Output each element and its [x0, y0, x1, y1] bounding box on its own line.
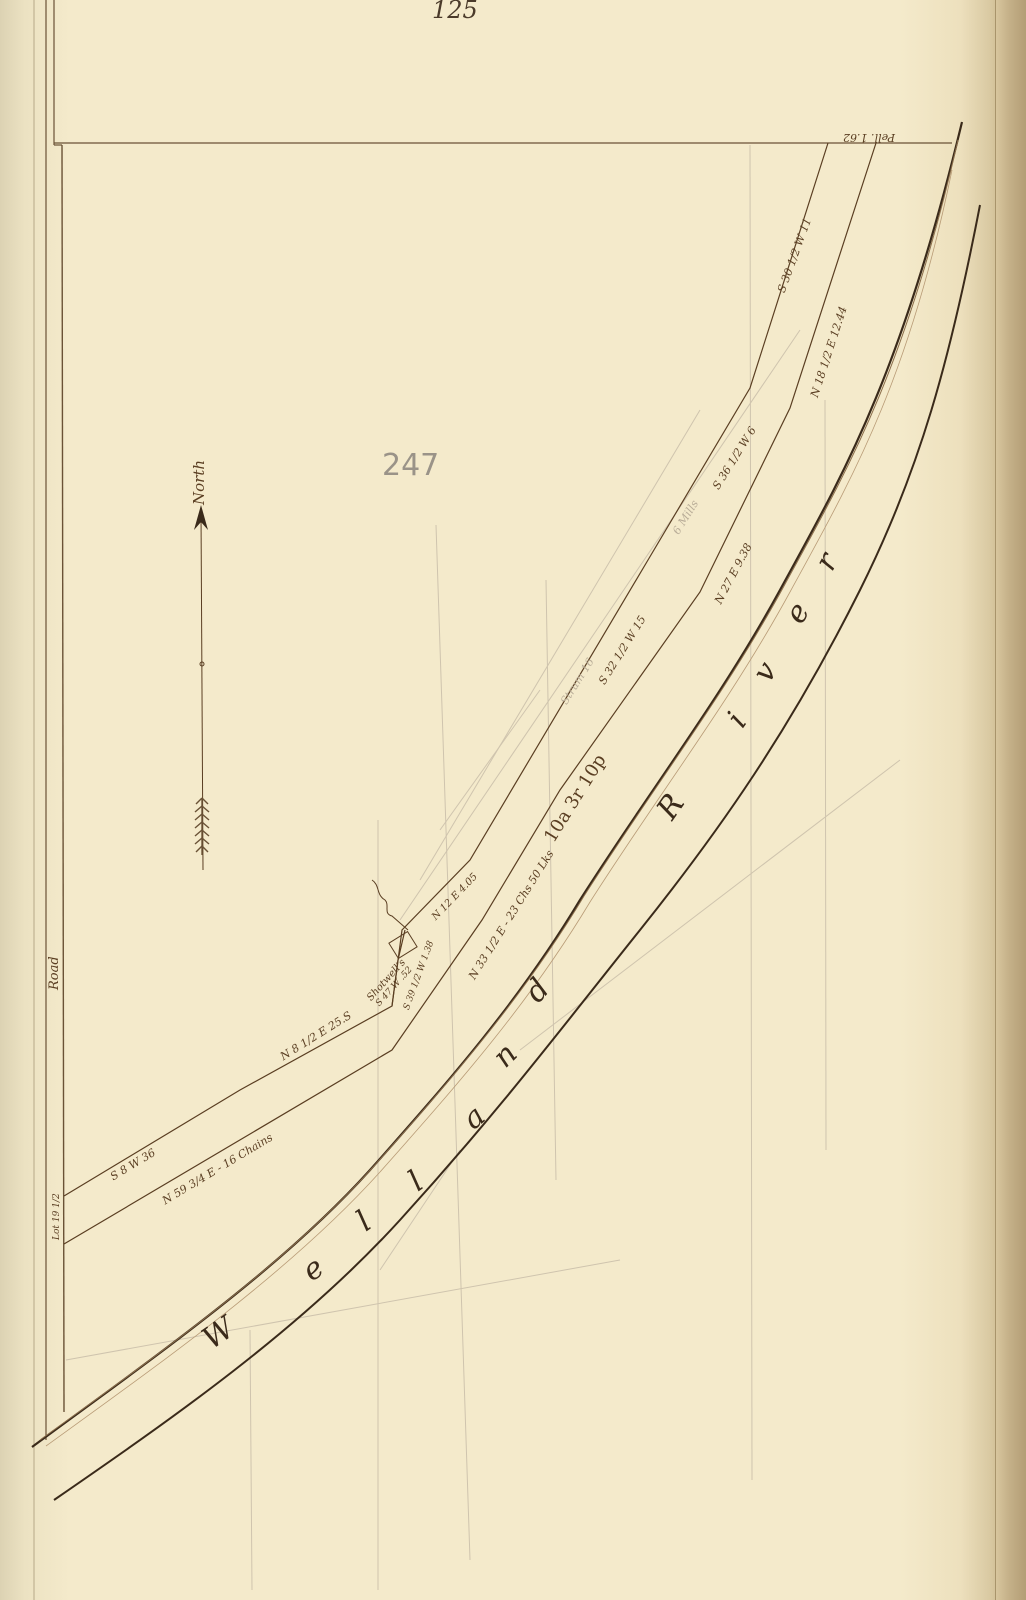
north-arrow-feather-icon [195, 798, 209, 855]
pencil-construction-lines [66, 145, 900, 1590]
river-south-bank [54, 205, 980, 1500]
lot-boundaries [64, 143, 876, 1244]
page-number: 125 [432, 0, 478, 24]
survey-plat-drawing [0, 0, 1026, 1600]
pencil-catalog-number: 247 [382, 448, 439, 483]
top-boundary-label: Pell. 1.62 [843, 131, 895, 144]
north-arrow [194, 505, 209, 870]
upper-lot-line [64, 143, 828, 1196]
mill-race [372, 880, 408, 930]
road-line-right [62, 145, 64, 1412]
mill-building [389, 932, 417, 959]
north-arrow-label: North [190, 460, 208, 505]
river-north-bank [32, 122, 962, 1447]
river-north-bank-hatch [40, 140, 958, 1440]
bottom-left-label: Lot 19 1/2 [52, 1193, 62, 1240]
road-label: Road [47, 956, 62, 990]
lower-lot-line [64, 143, 876, 1244]
